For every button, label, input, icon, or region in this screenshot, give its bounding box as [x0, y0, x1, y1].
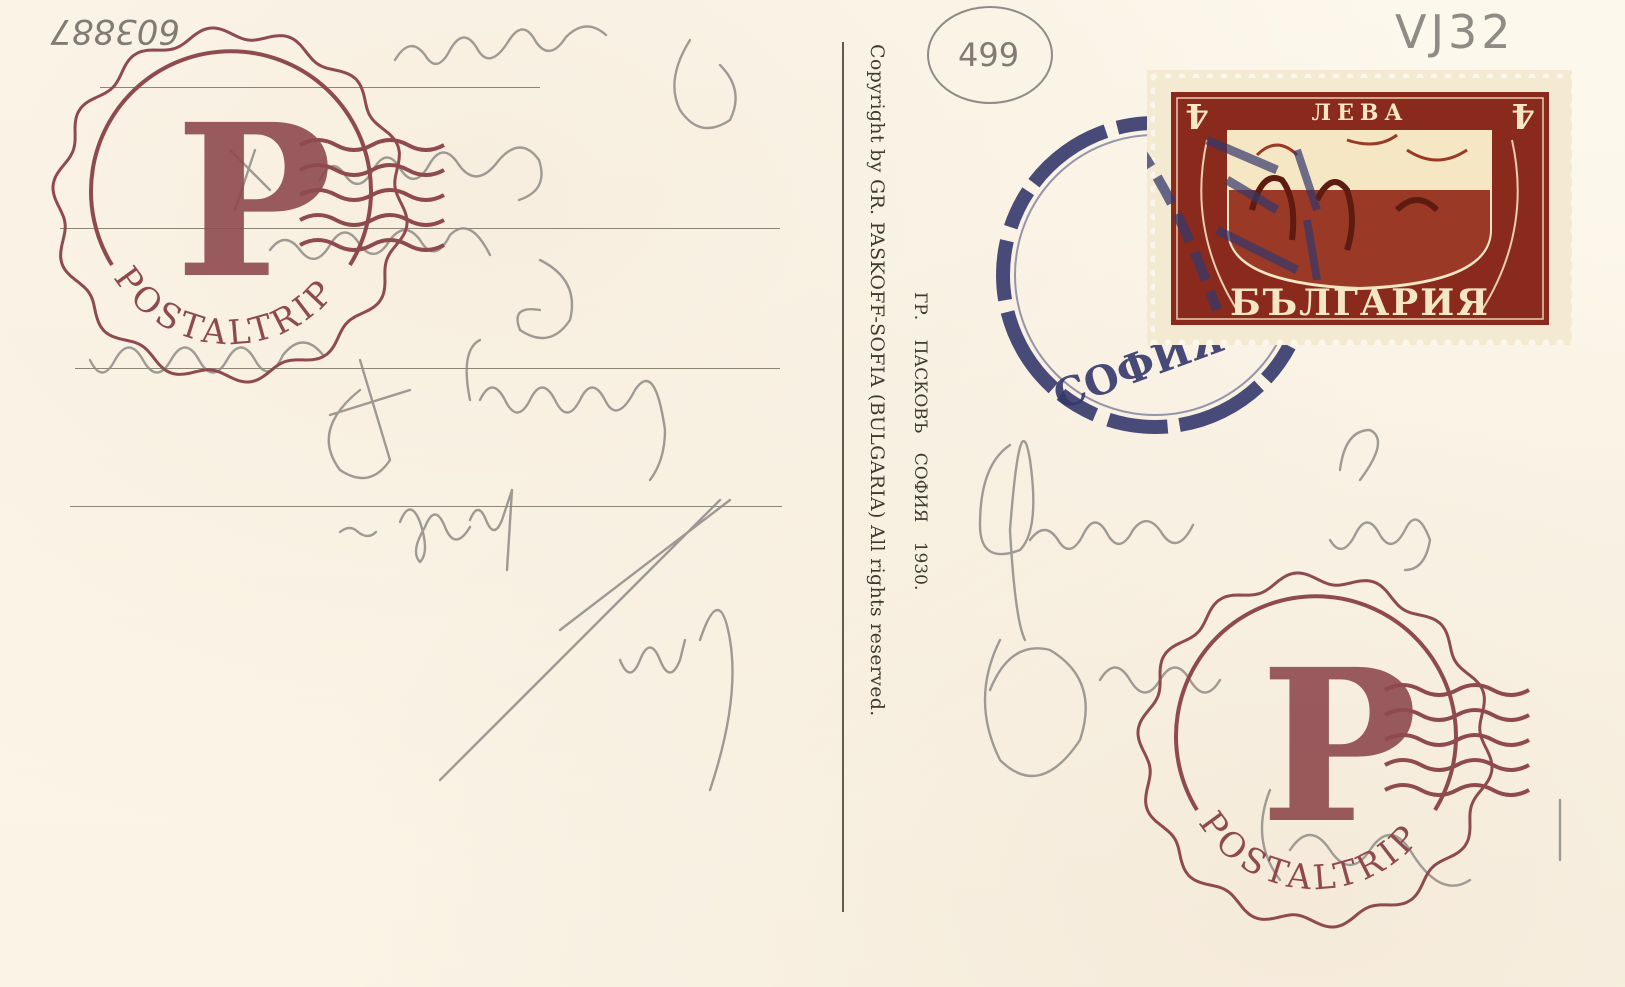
postaltrip-watermark-bottom-right: P POSTALTRIP: [0, 0, 1625, 987]
postcard-back: Copyright by GR. PASKOFF-SOFIA (BULGARIA…: [0, 0, 1625, 987]
